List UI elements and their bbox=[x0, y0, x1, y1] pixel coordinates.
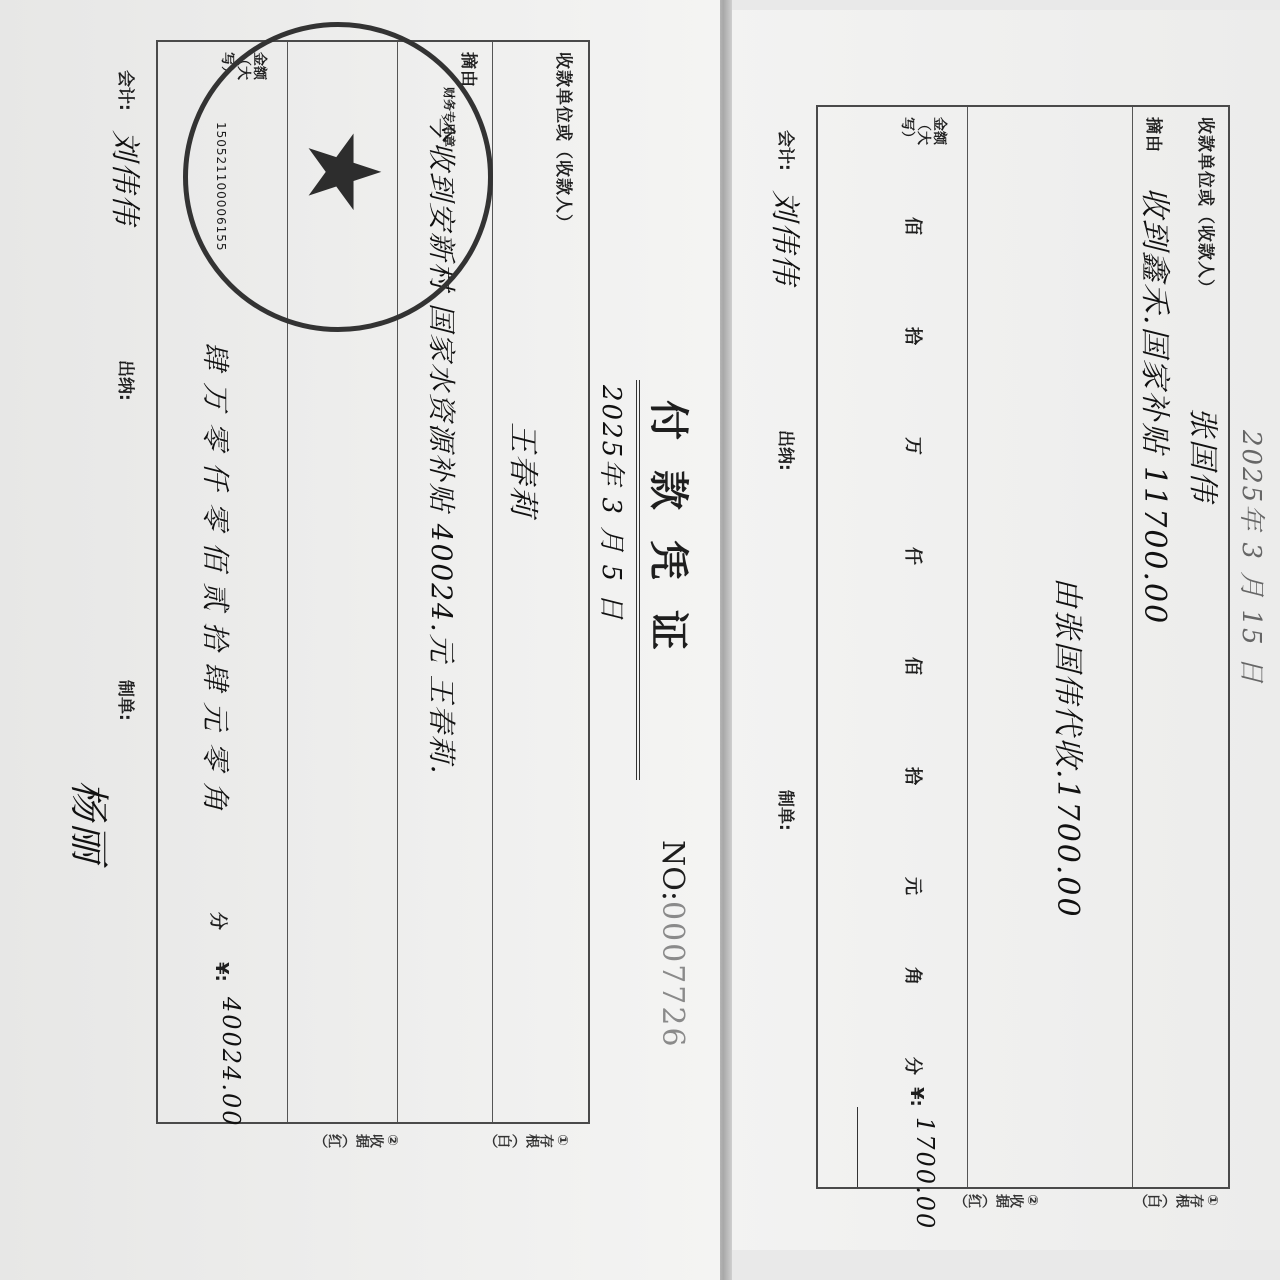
amount-underline bbox=[857, 1107, 858, 1187]
yuan-symbol: ¥: bbox=[211, 962, 232, 982]
unit-qian: 仟 bbox=[901, 547, 927, 565]
voucher-no-value: 0007726 bbox=[655, 901, 690, 1049]
upper-accountant-label: 会计: bbox=[775, 130, 800, 171]
lower-copy-note-2: ②收据（红） bbox=[314, 1130, 400, 1150]
upper-preparer-label: 制单: bbox=[775, 790, 800, 831]
unit-shi: 拾 bbox=[901, 767, 927, 785]
upper-payee-label: 收款单位或（收款人） bbox=[1195, 117, 1220, 297]
lower-preparer-signature: 杨丽 bbox=[63, 780, 120, 864]
upper-amount-label: 金额（大写） bbox=[899, 117, 947, 157]
lower-cashier-label: 出纳: bbox=[115, 360, 140, 401]
lower-date: 2025年 3 月 5 日 bbox=[595, 385, 632, 621]
lower-payee-label: 收款单位或（收款人） bbox=[553, 52, 578, 232]
upper-reason-line2: 由张国伟代收.1700.00 bbox=[1049, 577, 1093, 919]
title-underline bbox=[636, 380, 640, 780]
upper-reason-label: 摘由 bbox=[1143, 117, 1168, 153]
lower-copy-note-1: ①存根（白） bbox=[484, 1130, 570, 1150]
upper-voucher-sheet: 2025年 3 月 15 日 收款单位或（收款人） 张国伟 摘由 收到鑫禾.国家… bbox=[720, 10, 1280, 1250]
unit-bai: 佰 bbox=[901, 657, 927, 675]
lower-payee-value: 王春莉 bbox=[504, 422, 548, 518]
lower-amount-written: 肆万零仟零佰贰拾肆元零角 bbox=[197, 342, 237, 822]
official-stamp: 财务专用章 ★ 150521100006155 bbox=[183, 22, 493, 332]
lower-accountant-signature: 刘伟伟 bbox=[106, 130, 150, 226]
upper-accountant-signature: 刘伟伟 bbox=[766, 190, 810, 286]
document-stage: 2025年 3 月 15 日 收款单位或（收款人） 张国伟 摘由 收到鑫禾.国家… bbox=[0, 0, 1280, 1280]
upper-copy-note-2: ②收据（红） bbox=[954, 1190, 1040, 1210]
upper-cashier-label: 出纳: bbox=[775, 430, 800, 471]
upper-amount-row: 金额（大写） 佰 拾 万 仟 佰 拾 元 角 分 ¥: 1700.00 bbox=[847, 107, 968, 1187]
lower-payee-row: 收款单位或（收款人） 王春莉 bbox=[492, 42, 588, 1122]
lower-voucher-sheet: 付款凭证 NO:0007726 2025年 3 月 5 日 收款单位或（收款人）… bbox=[0, 0, 720, 1280]
lower-voucher-form: 收款单位或（收款人） 王春莉 摘由 今收到安新村.国家水资源补贴 40024.元… bbox=[156, 40, 590, 1124]
upper-reason-row: 由张国伟代收.1700.00 bbox=[1023, 107, 1133, 1187]
lower-reason-label: 摘由 bbox=[458, 52, 483, 88]
yuan-symbol: ¥: bbox=[906, 1087, 927, 1107]
unit-shi: 拾 bbox=[901, 327, 927, 345]
voucher-no-label: NO: bbox=[655, 840, 690, 901]
star-icon: ★ bbox=[293, 127, 393, 217]
unit-bai: 佰 bbox=[901, 217, 927, 235]
unit-yuan: 元 bbox=[901, 877, 927, 895]
stamp-code: 150521100006155 bbox=[214, 122, 228, 252]
upper-date: 2025年 3 月 15 日 bbox=[1235, 430, 1272, 685]
upper-reason-line1: 收到鑫禾.国家补贴 11700.00 bbox=[1136, 187, 1180, 625]
stamp-text: 财务专用章 bbox=[441, 87, 458, 147]
upper-payee-value: 张国伟 bbox=[1184, 407, 1228, 503]
voucher-title: 付款凭证 bbox=[643, 400, 700, 680]
upper-amount-figure: 1700.00 bbox=[911, 1117, 939, 1230]
unit-fen: 分 bbox=[206, 912, 232, 930]
unit-fen: 分 bbox=[901, 1057, 927, 1075]
upper-payee-row: 收款单位或（收款人） 张国伟 摘由 收到鑫禾.国家补贴 11700.00 bbox=[1132, 107, 1228, 1187]
lower-accountant-label: 会计: bbox=[115, 70, 140, 111]
upper-voucher-form: 收款单位或（收款人） 张国伟 摘由 收到鑫禾.国家补贴 11700.00 由张国… bbox=[816, 105, 1230, 1189]
upper-copy-note-1: ①存根（白） bbox=[1134, 1190, 1220, 1210]
unit-wan: 万 bbox=[901, 437, 927, 455]
lower-preparer-label: 制单: bbox=[115, 680, 140, 721]
unit-jiao: 角 bbox=[901, 967, 927, 985]
lower-amount-figure: 40024.00 bbox=[217, 997, 245, 1128]
voucher-number: NO:0007726 bbox=[655, 840, 690, 1049]
